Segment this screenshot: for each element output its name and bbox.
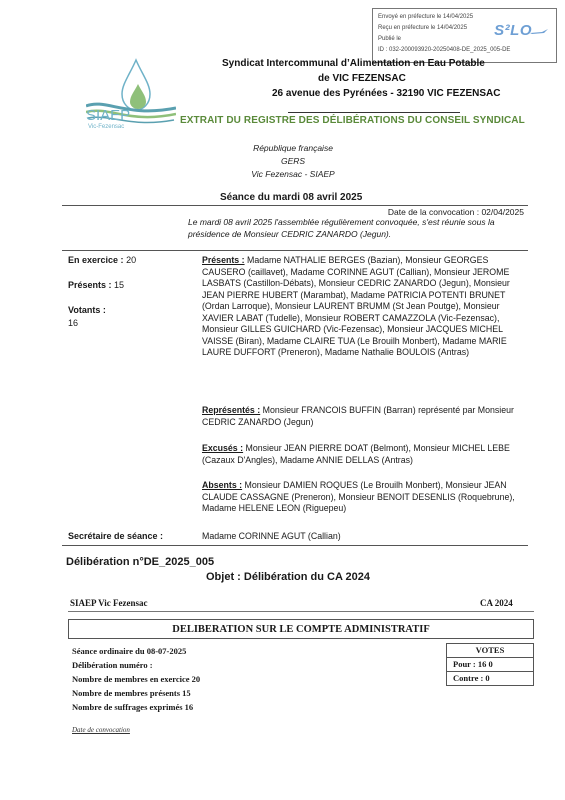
attendance-divider <box>62 545 528 546</box>
org-address: 26 avenue des Pyrénées - 32190 VIC FEZEN… <box>272 88 500 99</box>
ca-stat-line: Séance ordinaire du 08-07-2025 <box>72 646 186 656</box>
exercice-count: En exercice : 20 <box>68 255 136 265</box>
ca-stat-line: Nombre de membres présents 15 <box>72 688 191 698</box>
session-intro: Le mardi 08 avril 2025 l'assemblée régul… <box>188 217 528 240</box>
plane-icon <box>530 29 548 35</box>
ca-divider <box>68 611 534 612</box>
s2lo-logo: S²LO <box>494 25 532 36</box>
votes-pour: Pour : 16 0 <box>447 658 533 672</box>
votants-value: 16 <box>68 318 78 328</box>
ca-stat-line: Nombre de suffrages exprimés 16 <box>72 702 193 712</box>
deliberation-number: Délibération n°DE_2025_005 <box>66 556 214 568</box>
ca-right-header: CA 2024 <box>480 598 513 608</box>
representes-list: Représentés : Monsieur FRANCOIS BUFFIN (… <box>202 405 530 428</box>
secretaire-label: Secrétaire de séance : <box>68 531 163 541</box>
department-line: GERS <box>228 155 358 168</box>
presents-count: Présents : 15 <box>68 280 124 290</box>
header-divider <box>288 112 460 113</box>
org-city: de VIC FEZENSAC <box>318 73 406 84</box>
secretaire-name: Madame CORINNE AGUT (Callian) <box>202 531 530 543</box>
siaep-logo: SIAEP Vic-Fezensac <box>86 58 176 130</box>
org-name: Syndicat Intercommunal d’Alimentation en… <box>222 58 485 69</box>
session-title: Séance du mardi 08 avril 2025 <box>220 192 362 203</box>
republique-line: République française <box>228 142 358 155</box>
register-title: EXTRAIT DU REGISTRE DES DÉLIBÉRATIONS DU… <box>180 115 530 126</box>
presents-list: Présents : Madame NATHALIE BERGES (Bazia… <box>202 255 530 359</box>
session-divider <box>62 205 528 206</box>
date-convocation-label: Date de convocation <box>72 726 130 734</box>
votes-contre: Contre : 0 <box>447 672 533 685</box>
votes-header: VOTES <box>447 644 533 658</box>
prefecture-stamp: Envoyé en préfecture le 14/04/2025 Reçu … <box>372 8 557 63</box>
logo-text: SIAEP <box>86 107 130 124</box>
ca-stat-line: Délibération numéro : <box>72 660 153 670</box>
svg-text:Vic-Fezensac: Vic-Fezensac <box>88 124 124 130</box>
deliberation-subject: Objet : Délibération du CA 2024 <box>206 571 370 583</box>
ca-title-box: DELIBERATION SUR LE COMPTE ADMINISTRATIF <box>68 619 534 639</box>
commune-line: Vic Fezensac - SIAEP <box>228 168 358 181</box>
votants-label: Votants : <box>68 305 106 315</box>
votes-table: VOTES Pour : 16 0 Contre : 0 <box>446 643 534 686</box>
excuses-list: Excusés : Monsieur JEAN PIERRE DOAT (Bel… <box>202 443 530 466</box>
stamp-id: ID : 032-200093920-20250408-DE_2025_005-… <box>378 45 551 56</box>
ca-stat-line: Nombre de membres en exercice 20 <box>72 674 200 684</box>
intro-divider <box>62 250 528 251</box>
absents-list: Absents : Monsieur DAMIEN ROQUES (Le Bro… <box>202 480 530 515</box>
ca-left-header: SIAEP Vic Fezensac <box>70 598 148 608</box>
